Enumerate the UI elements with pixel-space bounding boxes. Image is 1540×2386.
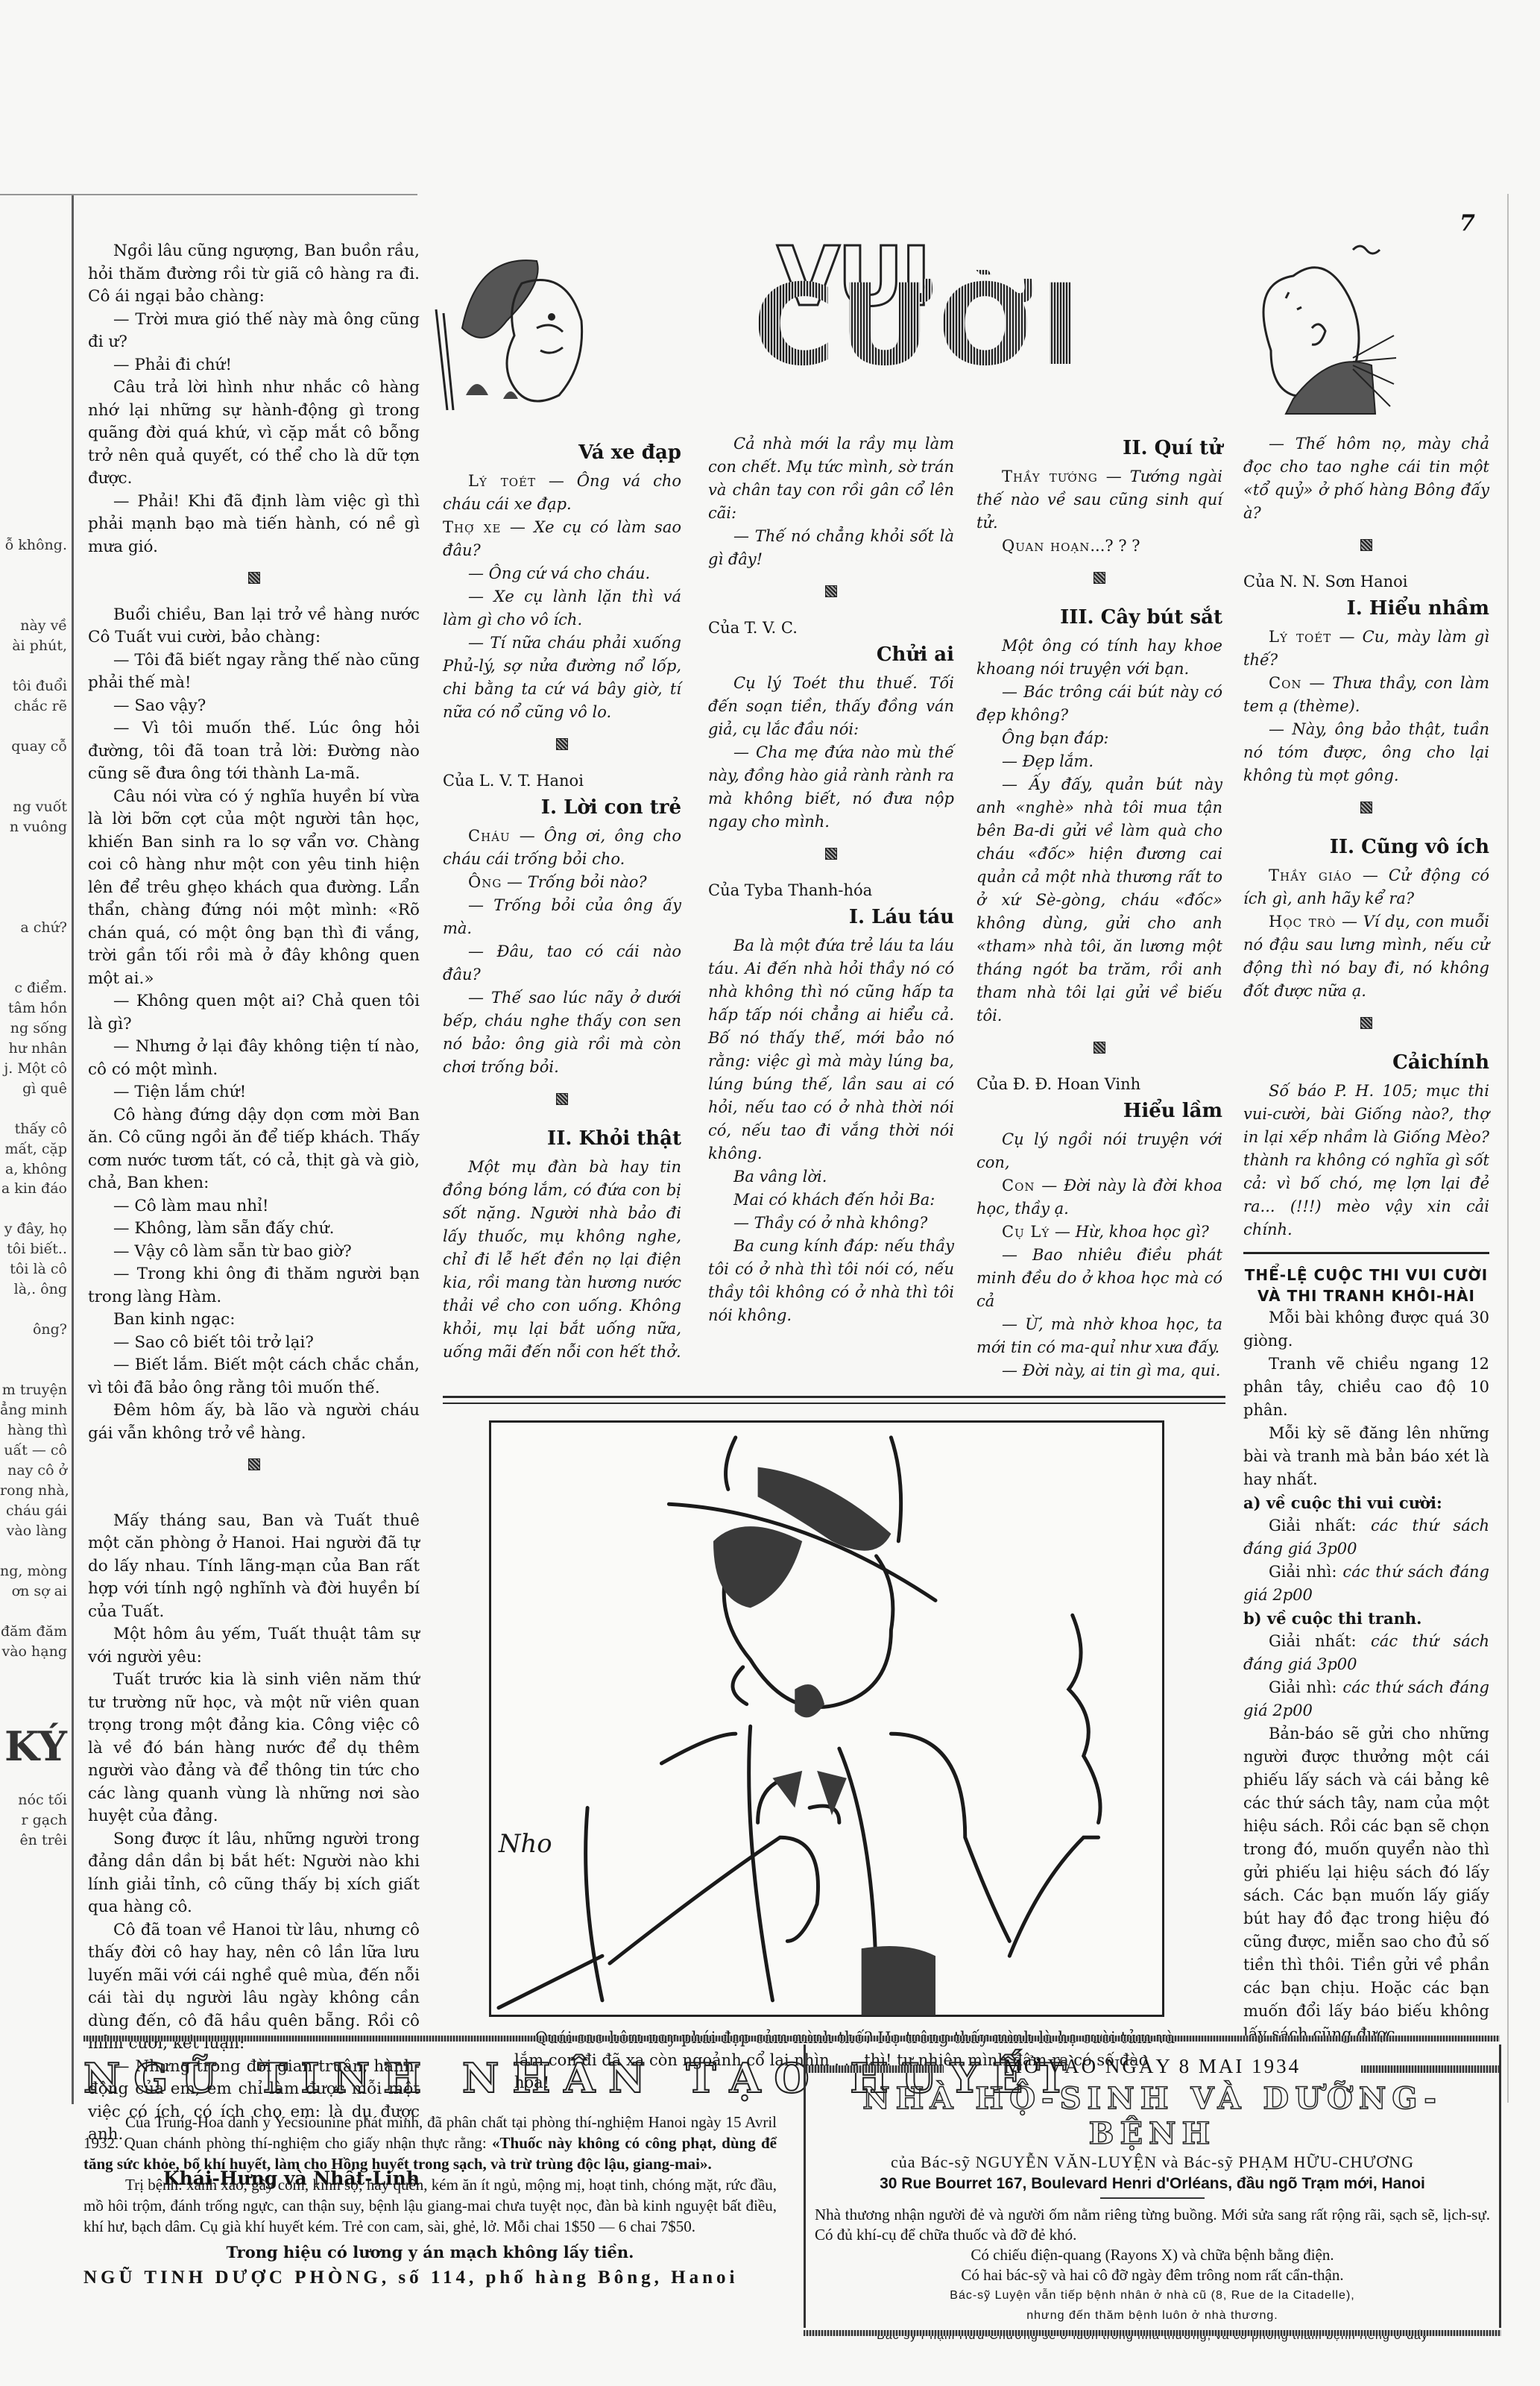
edge-fragment: y đây, họ — [0, 1219, 72, 1239]
section-divider — [443, 1396, 1225, 1404]
section-ornament-icon — [708, 844, 954, 867]
section-ornament-icon — [1243, 798, 1489, 821]
edge-fragment: tôi đuổi — [0, 676, 72, 696]
edge-fragment — [0, 435, 72, 456]
story-paragraph: — Biết lắm. Biết một cách chắc chắn, vì … — [88, 1354, 420, 1400]
story-paragraph: Song được ít lâu, những người trong đảng… — [88, 1828, 420, 1919]
edge-fragment — [0, 1300, 72, 1320]
edge-fragment: r gạch — [0, 1810, 72, 1831]
cartoon-illustration: Nho — [489, 1420, 1164, 2017]
edge-fragment — [0, 496, 72, 516]
edge-fragment — [0, 234, 72, 254]
rules-text: Bản-báo sẽ gửi cho những người được thưở… — [1243, 1722, 1489, 2046]
edge-fragment — [0, 1099, 72, 1119]
section-ornament-icon — [1243, 1013, 1489, 1036]
section-ornament-icon — [708, 582, 954, 605]
ad-opening-date: MỞ VÀO NGÀY 8 MAI 1934 — [806, 2055, 1499, 2078]
edge-fragment: ng, mòng — [0, 1561, 72, 1581]
contest-rules-heading: THỂ-LỆ CUỘC THI VUI CƯỜI VÀ THI TRANH KH… — [1243, 1265, 1489, 1306]
edge-fragment — [0, 254, 72, 274]
edge-fragment: vào làng — [0, 1521, 72, 1541]
joke-line: Con — Thưa thầy, con làm tem ạ (thème). — [1243, 672, 1489, 718]
edge-fragment — [0, 837, 72, 857]
edge-fragment: ng vuốt — [0, 797, 72, 817]
story-paragraph: — Vậy cô làm sẵn từ bao giờ? — [88, 1241, 420, 1264]
edge-fragment: mất, cặp — [0, 1139, 72, 1159]
joke-line: Thầy tướng — Tướng ngài thế nào về sau c… — [976, 465, 1222, 535]
rules-text: Mỗi kỳ sẽ đăng lên những bài và tranh mà… — [1243, 1422, 1489, 1491]
prize-line: Giải nhất: các thứ sách đáng giá 3p00 — [1243, 1630, 1489, 1676]
ad-text: nhưng đến thăm bệnh luôn ở nhà thương. — [815, 2305, 1490, 2326]
story-paragraph: — Trong khi ông đi thăm người bạn trong … — [88, 1263, 420, 1309]
edge-fragment: m truyện — [0, 1380, 72, 1400]
joke-line: Cụ Lý — Hừ, khoa học gì? — [976, 1221, 1222, 1244]
joke-line: Cháu — Ông ơi, ông cho cháu cái trống bỏ… — [443, 825, 681, 871]
ad-text: Có chiếu điện-quang (Rayons X) và chữa b… — [815, 2245, 1490, 2265]
joke-text: Một mụ đàn bà hay tin đồng bóng lắm, có … — [443, 1156, 681, 1364]
edge-fragment: ỗ không. — [0, 535, 72, 555]
edge-fragment: a kin đáo — [0, 1179, 72, 1199]
jokes-column-4: — Thế hôm nọ, mày chả đọc cho tao nghe c… — [1243, 432, 1489, 2046]
edge-fragment: tôi là cô — [0, 1259, 72, 1279]
edge-fragment — [0, 194, 72, 214]
story-paragraph: Mấy tháng sau, Ban và Tuất thuê một căn … — [88, 1510, 420, 1624]
edge-fragment — [0, 1360, 72, 1380]
adjacent-page-fragments: ỗ không. này vềài phút, tôi đuổichắc rẽ … — [0, 194, 72, 2386]
newspaper-page: ỗ không. này vềài phút, tôi đuổichắc rẽ … — [0, 0, 1540, 2386]
ad-footer: NGŨ TINH DƯỢC PHÒNG, số 114, phố hàng Bô… — [83, 2267, 777, 2288]
joke-line: Con — Đời này là đời khoa học, thầy ạ. — [976, 1174, 1222, 1221]
joke-text: — Ừ, mà nhờ khoa học, ta mới tin có ma-q… — [976, 1313, 1222, 1359]
edge-fragment — [0, 596, 72, 616]
joke-title: I. Hiểu nhầm — [1243, 594, 1489, 623]
section-ornament-icon — [976, 1038, 1222, 1061]
prize-line: Giải nhì: các thứ sách đáng giá 2p00 — [1243, 1676, 1489, 1722]
edge-fragment: ơn sợ ai — [0, 1581, 72, 1602]
edge-fragment: là,. ông — [0, 1279, 72, 1300]
edge-fragment — [0, 395, 72, 415]
joke-title: II. Cũng vô ích — [1243, 833, 1489, 861]
joke-title: III. Cây bút sắt — [976, 603, 1222, 632]
joke-line: Quan hoạn...? ? ? — [976, 535, 1222, 558]
story-paragraph: Đêm hôm ấy, bà lão và người cháu gái vẫn… — [88, 1400, 420, 1445]
jokes-column-3: II. Quí tử Thầy tướng — Tướng ngài thế n… — [976, 432, 1222, 1382]
joke-title: II. Khỏi thật — [443, 1124, 681, 1153]
edge-fragment: tâm hồn — [0, 998, 72, 1019]
story-paragraph: — Không quen một ai? Chả quen tôi là gì? — [88, 990, 420, 1036]
artist-signature: Nho — [498, 1829, 552, 1858]
section-ornament-icon — [443, 734, 681, 758]
joke-text: Ba là một đứa trẻ láu ta láu táu. Ai đến… — [708, 934, 954, 1165]
ad-note: Trong hiệu có lương y án mạch không lấy … — [83, 2243, 777, 2261]
edge-fragment: j. Một cô — [0, 1059, 72, 1079]
prize-line: Giải nhất: các thứ sách đáng giá 3p00 — [1243, 1514, 1489, 1561]
advertisement-maternity-clinic: MỞ VÀO NGÀY 8 MAI 1934 NHÀ HỘ-SINH VÀ DƯ… — [804, 2045, 1501, 2328]
joke-byline: Của N. N. Sơn Hanoi — [1243, 570, 1489, 593]
edge-fragment: ông? — [0, 1320, 72, 1340]
ad-text: Bác-sỹ Luyện vẫn tiếp bệnh nhân ở nhà cũ… — [815, 2285, 1490, 2305]
edge-fragment: a chứ? — [0, 918, 72, 938]
edge-fragment: nóc tối — [0, 1790, 72, 1810]
edge-fragment — [0, 274, 72, 295]
story-paragraph: Tuất trước kia là sinh viên năm thứ tư t… — [88, 1669, 420, 1828]
edge-fragment: tôi biết.. — [0, 1239, 72, 1259]
joke-text: Cụ lý ngồi nói truyện với con, — [976, 1128, 1222, 1174]
section-ornament-icon — [1243, 535, 1489, 558]
ad-text: Trị bệnh: xanh xao, gầy còm, kinh sợ, ha… — [83, 2174, 777, 2237]
story-paragraph: — Tiện lắm chứ! — [88, 1081, 420, 1104]
story-paragraph: Một hôm âu yếm, Tuất thuật tâm sự với ng… — [88, 1623, 420, 1669]
section-ornament-icon — [88, 1455, 420, 1479]
joke-text: — Đẹp lắm. — [976, 750, 1222, 773]
rules-divider — [1243, 1252, 1489, 1257]
ad-headline: NGŨ TINH NHÂN TẠO HUYẾT — [83, 2052, 777, 2104]
old-man-caricature-icon — [432, 239, 589, 418]
jokes-column-2: Cả nhà mới la rầy mụ làm con chết. Mụ tứ… — [708, 432, 954, 1327]
joke-byline: Của Đ. Đ. Hoan Vinh — [976, 1073, 1222, 1095]
edge-fragment — [0, 717, 72, 737]
joke-line: — Thế sao lúc nãy ở dưới bếp, cháu nghe … — [443, 986, 681, 1079]
masthead: VUI CƯỜI — [432, 239, 1506, 447]
story-paragraph: — Vì tôi muốn thế. Lúc ông hỏi đường, tô… — [88, 717, 420, 786]
edge-fragment: quay cỗ — [0, 737, 72, 757]
joke-line: — Xe cụ lành lặn thì vá làm gì cho vô íc… — [443, 585, 681, 632]
edge-fragment: vào hạng — [0, 1642, 72, 1662]
joke-line: Lý toét — Ông vá cho cháu cái xe đạp. — [443, 470, 681, 516]
edge-fragment — [0, 1682, 72, 1702]
ad-address: 30 Rue Bourret 167, Boulevard Henri d'Or… — [806, 2175, 1499, 2193]
edge-fragment: ên trêi — [0, 1831, 72, 1851]
story-paragraph: Cô hàng đứng dậy dọn cơm mời Ban ăn. Cô … — [88, 1104, 420, 1195]
joke-punchline: — Này, ông bảo thật, tuần nó tóm được, ô… — [1243, 718, 1489, 787]
edge-fragment — [0, 938, 72, 958]
edge-fragment: chắc rẽ — [0, 696, 72, 717]
ad-divider — [1100, 2197, 1205, 2199]
ad-clinic-name: NHÀ HỘ-SINH VÀ DƯỠNG-BỆNH — [806, 2081, 1499, 2151]
edge-fragment — [0, 898, 72, 918]
ads-divider — [83, 2036, 1500, 2042]
joke-text: Cụ lý Toét thu thuế. Tối đến soạn tiền, … — [708, 672, 954, 741]
joke-punchline: — Thế nó chẳng khỏi sốt là gì đây! — [708, 525, 954, 571]
joke-text: — Ấy đấy, quản bút này anh «nghè» nhà tô… — [976, 773, 1222, 1027]
story-paragraph: — Sao vậy? — [88, 695, 420, 718]
joke-text: Mai có khách đến hỏi Ba: — [708, 1189, 954, 1212]
joke-punchline: — Cha mẹ đứa nào mù thế này, đồng hào gi… — [708, 741, 954, 834]
story-paragraph: — Cô làm mau nhỉ! — [88, 1195, 420, 1218]
page-number: 7 — [1459, 210, 1475, 236]
ad-text: Nhà thương nhận người đẻ và người ốm nằm… — [815, 2205, 1490, 2245]
joke-line: — Đâu, tao có cái nào đâu? — [443, 940, 681, 986]
joke-text: Ba cung kính đáp: nếu thầy tôi có ở nhà … — [708, 1235, 954, 1327]
edge-fragment — [0, 1770, 72, 1790]
masthead-title: CƯỜI — [753, 270, 1085, 382]
edge-fragment — [0, 1340, 72, 1360]
joke-line: Lý toét — Cu, mày làm gì thế? — [1243, 626, 1489, 672]
joke-text: — Thế hôm nọ, mày chả đọc cho tao nghe c… — [1243, 432, 1489, 525]
joke-title: Vá xe đạp — [443, 438, 681, 467]
edge-fragment: gì quê — [0, 1079, 72, 1099]
section-ornament-icon — [976, 568, 1222, 591]
joke-text: Ba vâng lời. — [708, 1165, 954, 1189]
jokes-column-1: Vá xe đạp Lý toét — Ông vá cho cháu cái … — [443, 437, 681, 1364]
edge-fragment: đăm đăm — [0, 1622, 72, 1642]
joke-byline: Của T. V. C. — [708, 617, 954, 639]
edge-fragment: cháu gái — [0, 1501, 72, 1521]
story-paragraph: — Sao cô biết tôi trở lại? — [88, 1332, 420, 1355]
ad-text: Của Trung-Hoa danh y Yecsiounine phát mi… — [83, 2112, 777, 2174]
joke-line: — Ông cứ vá cho cháu. — [443, 562, 681, 585]
edge-fragment — [0, 857, 72, 878]
joke-text: — Bác trông cái bút này có đẹp không? — [976, 681, 1222, 727]
joke-title: I. Láu táu — [708, 903, 954, 931]
joke-text: — Đời này, ai tin gì ma, qui. — [976, 1359, 1222, 1382]
joke-line: Thầy giáo — Cử động có ích gì, anh hãy k… — [1243, 864, 1489, 910]
story-paragraph: — Phải đi chứ! — [88, 354, 420, 377]
fat-man-fan-caricature-icon — [1241, 239, 1398, 418]
edge-fragment: ẳng minh — [0, 1400, 72, 1420]
edge-fragment: ng sống — [0, 1019, 72, 1039]
story-paragraph: — Phải! Khi đã định làm việc gì thì phải… — [88, 491, 420, 559]
joke-text: Ông bạn đáp: — [976, 727, 1222, 750]
edge-fragment — [0, 1199, 72, 1219]
correction-text: Số báo P. H. 105; mục thi vui-cười, bài … — [1243, 1080, 1489, 1241]
edge-fragment — [0, 355, 72, 375]
edge-fragment — [0, 958, 72, 978]
section-ornament-icon — [443, 1089, 681, 1112]
edge-fragment — [0, 1602, 72, 1622]
joke-title: Hiểu lầm — [976, 1097, 1222, 1125]
prize-line: Giải nhì: các thứ sách đáng giá 2p00 — [1243, 1561, 1489, 1607]
edge-fragment — [0, 555, 72, 576]
edge-fragment — [0, 315, 72, 335]
ad-bottom-border — [804, 2330, 1501, 2336]
edge-fragment — [0, 878, 72, 898]
edge-fragment: a, không — [0, 1159, 72, 1180]
joke-title: I. Lời con trẻ — [443, 793, 681, 822]
edge-fragment: ài phút, — [0, 636, 72, 656]
edge-fragment — [0, 375, 72, 395]
edge-fragment: thấy cô — [0, 1119, 72, 1139]
edge-fragment: nay cô ở — [0, 1461, 72, 1481]
story-paragraph: — Không, làm sẵn đấy chứ. — [88, 1218, 420, 1241]
rules-subheading: a) về cuộc thi vui cười: — [1243, 1491, 1489, 1514]
story-paragraph: — Tôi đã biết ngay rằng thế nào cũng phả… — [88, 649, 420, 695]
joke-line: — Trống bỏi của ông ấy mà. — [443, 894, 681, 940]
edge-fragment — [0, 516, 72, 536]
edge-fragment: KÝ — [0, 1722, 72, 1770]
story-paragraph: — Nhưng ở lại đây không tiện tí nào, cô … — [88, 1036, 420, 1081]
edge-fragment — [0, 757, 72, 777]
edge-fragment: rong nhà, — [0, 1481, 72, 1501]
edge-fragment: này về — [0, 616, 72, 636]
edge-fragment — [0, 214, 72, 234]
joke-line: — Tí nữa cháu phải xuống Phủ-lý, sợ nửa … — [443, 632, 681, 724]
edge-fragment: n vuông — [0, 817, 72, 837]
section-ornament-icon — [88, 569, 420, 592]
joke-text: — Thầy có ở nhà không? — [708, 1212, 954, 1235]
column-rule-left — [72, 195, 74, 2104]
story-paragraph: Ban kinh ngạc: — [88, 1309, 420, 1332]
edge-fragment — [0, 335, 72, 355]
advertisement-ngu-tinh: NGŨ TINH NHÂN TẠO HUYẾT Của Trung-Hoa da… — [83, 2052, 777, 2288]
joke-text: Một ông có tính hay khoe khoang nói truy… — [976, 635, 1222, 681]
joke-line: Học trò — Ví dụ, con muỗi nó đậu sau lưn… — [1243, 910, 1489, 1003]
correction-title: Cảichính — [1243, 1048, 1489, 1077]
edge-fragment: hư nhân — [0, 1039, 72, 1059]
edge-fragment — [0, 1702, 72, 1722]
edge-fragment — [0, 476, 72, 496]
edge-fragment — [0, 777, 72, 797]
joke-title: II. Quí tử — [976, 434, 1222, 462]
edge-fragment — [0, 656, 72, 676]
story-paragraph: Buổi chiều, Ban lại trở về hàng nước Cô … — [88, 604, 420, 649]
column-rule-right — [1507, 194, 1509, 2103]
edge-fragment — [0, 576, 72, 596]
joke-byline: Của Tyba Thanh-hóa — [708, 879, 954, 901]
ad-doctors: của Bác-sỹ NGUYỄN VĂN-LUYỆN và Bác-sỹ PH… — [806, 2153, 1499, 2172]
edge-fragment: c điểm. — [0, 978, 72, 998]
edge-fragment — [0, 295, 72, 315]
rules-text: Tranh vẽ chiều ngang 12 phân tây, chiều … — [1243, 1353, 1489, 1422]
ad-text: Có hai bác-sỹ và hai cô đỡ ngày đêm trôn… — [815, 2265, 1490, 2285]
joke-byline: Của L. V. T. Hanoi — [443, 769, 681, 792]
edge-fragment — [0, 1541, 72, 1561]
joke-line: Thợ xe — Xe cụ có làm sao đâu? — [443, 516, 681, 562]
rules-text: Mỗi bài không được quá 30 giòng. — [1243, 1306, 1489, 1353]
edge-fragment — [0, 415, 72, 435]
edge-fragment — [0, 1662, 72, 1682]
story-paragraph: — Trời mưa gió thế này mà ông cũng đi ư? — [88, 309, 420, 354]
story-paragraph: Ngồi lâu cũng ngượng, Ban buồn rầu, hỏi … — [88, 240, 420, 309]
joke-text: — Bao nhiêu điều phát minh đều do ở khoa… — [976, 1244, 1222, 1313]
edge-fragment: uất — cô — [0, 1441, 72, 1461]
edge-fragment: hàng thì — [0, 1420, 72, 1441]
joke-text: Cả nhà mới la rầy mụ làm con chết. Mụ tứ… — [708, 432, 954, 525]
joke-title: Chửi ai — [708, 640, 954, 669]
dandy-with-cigarette-drawing-icon: Nho — [491, 1423, 1162, 2015]
joke-line: Ông — Trống bỏi nào? — [443, 871, 681, 894]
story-column: Ngồi lâu cũng ngượng, Ban buồn rầu, hỏi … — [88, 240, 420, 2190]
story-paragraph: Câu nói vừa có ý nghĩa huyền bí vừa là l… — [88, 786, 420, 991]
story-paragraph: Câu trả lời hình như nhắc cô hàng nhớ lạ… — [88, 377, 420, 491]
rules-subheading: b) về cuộc thi tranh. — [1243, 1607, 1489, 1630]
edge-fragment — [0, 456, 72, 476]
